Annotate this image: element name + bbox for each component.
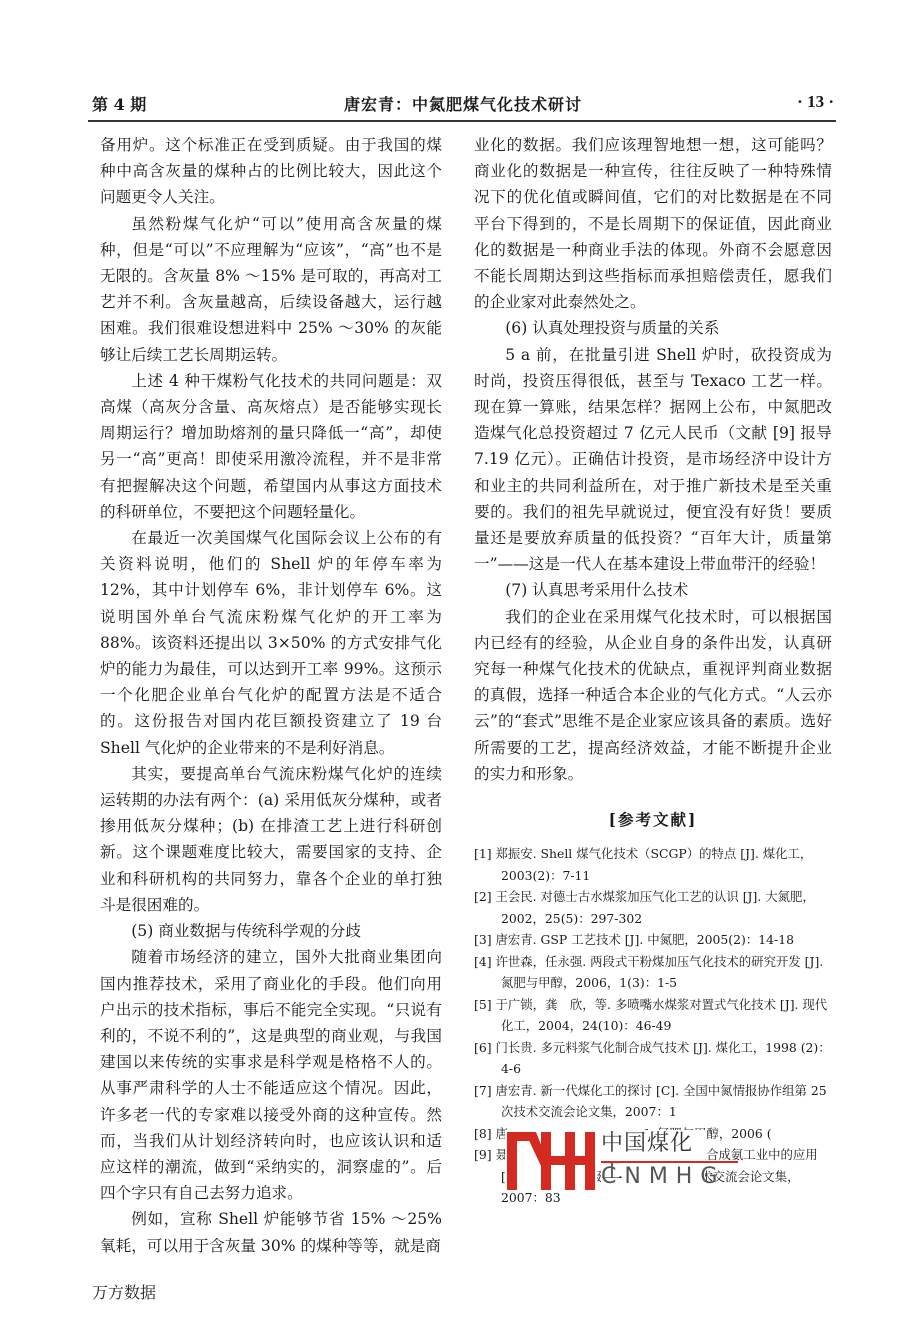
left-column: 备用炉。这个标准正在受到质疑。由于我国的煤种中高含灰量的煤种占的比例比较大，因此… — [100, 132, 442, 1259]
reference-item: [4] 许世森，任永强. 两段式干粉煤加压气化技术的研究开发 [J]. 氮肥与甲… — [474, 951, 832, 994]
page-number: · 13 · — [797, 92, 834, 112]
running-header: 第 4 期 唐宏青：中氮肥煤气化技术研讨 · 13 · — [92, 92, 834, 118]
paragraph: 虽然粉煤气化炉“可以”使用高含灰量的煤种，但是“可以”不应理解为“应该”，“高”… — [100, 211, 442, 368]
reference-item: [5] 于广锁，龚 欣，等. 多喷嘴水煤浆对置式气化技术 [J]. 现代化工，2… — [474, 994, 832, 1037]
watermark-english-text: CNMHG — [601, 1164, 725, 1190]
watermark-logo: 中国煤化工 CNMHG — [505, 1130, 705, 1192]
source-footer: 万方数据 — [92, 1280, 156, 1303]
paragraph: 随着市场经济的建立，国外大批商业集团向国内推荐技术，采用了商业化的手段。他们向用… — [100, 944, 442, 1206]
mh-logo-icon — [505, 1130, 597, 1192]
section-heading: (6) 认真处理投资与质量的关系 — [474, 315, 832, 341]
section-heading: (5) 商业数据与传统科学观的分歧 — [100, 918, 442, 944]
paragraph: 5 a 前，在批量引进 Shell 炉时，砍投资成为时尚，投资压得很低，甚至与 … — [474, 342, 832, 578]
paragraph: 备用炉。这个标准正在受到质疑。由于我国的煤种中高含灰量的煤种占的比例比较大，因此… — [100, 132, 442, 211]
paragraph: 在最近一次美国煤气化国际会议上公布的有关资料说明，他们的 Shell 炉的年停车… — [100, 525, 442, 761]
reference-item: [6] 门长贵. 多元料浆气化制合成气技术 [J]. 煤化工，1998 (2)：… — [474, 1037, 832, 1080]
reference-item: [7] 唐宏青. 新一代煤化工的探讨 [C]. 全国中氮情报协作组第 25 次技… — [474, 1080, 832, 1123]
reference-item: [3] 唐宏青. GSP 工艺技术 [J]. 中氮肥，2005(2)：14-18 — [474, 929, 832, 951]
running-title: 唐宏青：中氮肥煤气化技术研讨 — [92, 92, 834, 115]
references-heading: [参考文献] — [474, 807, 832, 833]
paragraph: 上述 4 种干煤粉气化技术的共同问题是：双高煤（高灰分含量、高灰熔点）是否能够实… — [100, 368, 442, 525]
section-heading: (7) 认真思考采用什么技术 — [474, 577, 832, 603]
reference-item: [1] 郑振安. Shell 煤气化技术（SCGP）的特点 [J]. 煤化工，2… — [474, 843, 832, 886]
paragraph: 其实，要提高单台气流床粉煤气化炉的连续运转期的办法有两个：(a) 采用低灰分煤种… — [100, 761, 442, 918]
paragraph: 例如，宣称 Shell 炉能够节省 15% ～25% 氧耗，可以用于含灰量 30… — [100, 1206, 442, 1258]
paragraph: 业化的数据。我们应该理智地想一想，这可能吗？商业化的数据是一种宣传，往往反映了一… — [474, 132, 832, 315]
paragraph: 我们的企业在采用煤气化技术时，可以根据国内已经有的经验，从企业自身的条件出发，认… — [474, 604, 832, 787]
header-rule — [88, 120, 836, 122]
watermark-divider — [601, 1161, 738, 1163]
reference-item: [2] 王会民. 对德士古水煤浆加压气化工艺的认识 [J]. 大氮肥，2002，… — [474, 886, 832, 929]
right-column: 业化的数据。我们应该理智地想一想，这可能吗？商业化的数据是一种宣传，往往反映了一… — [474, 132, 832, 1209]
